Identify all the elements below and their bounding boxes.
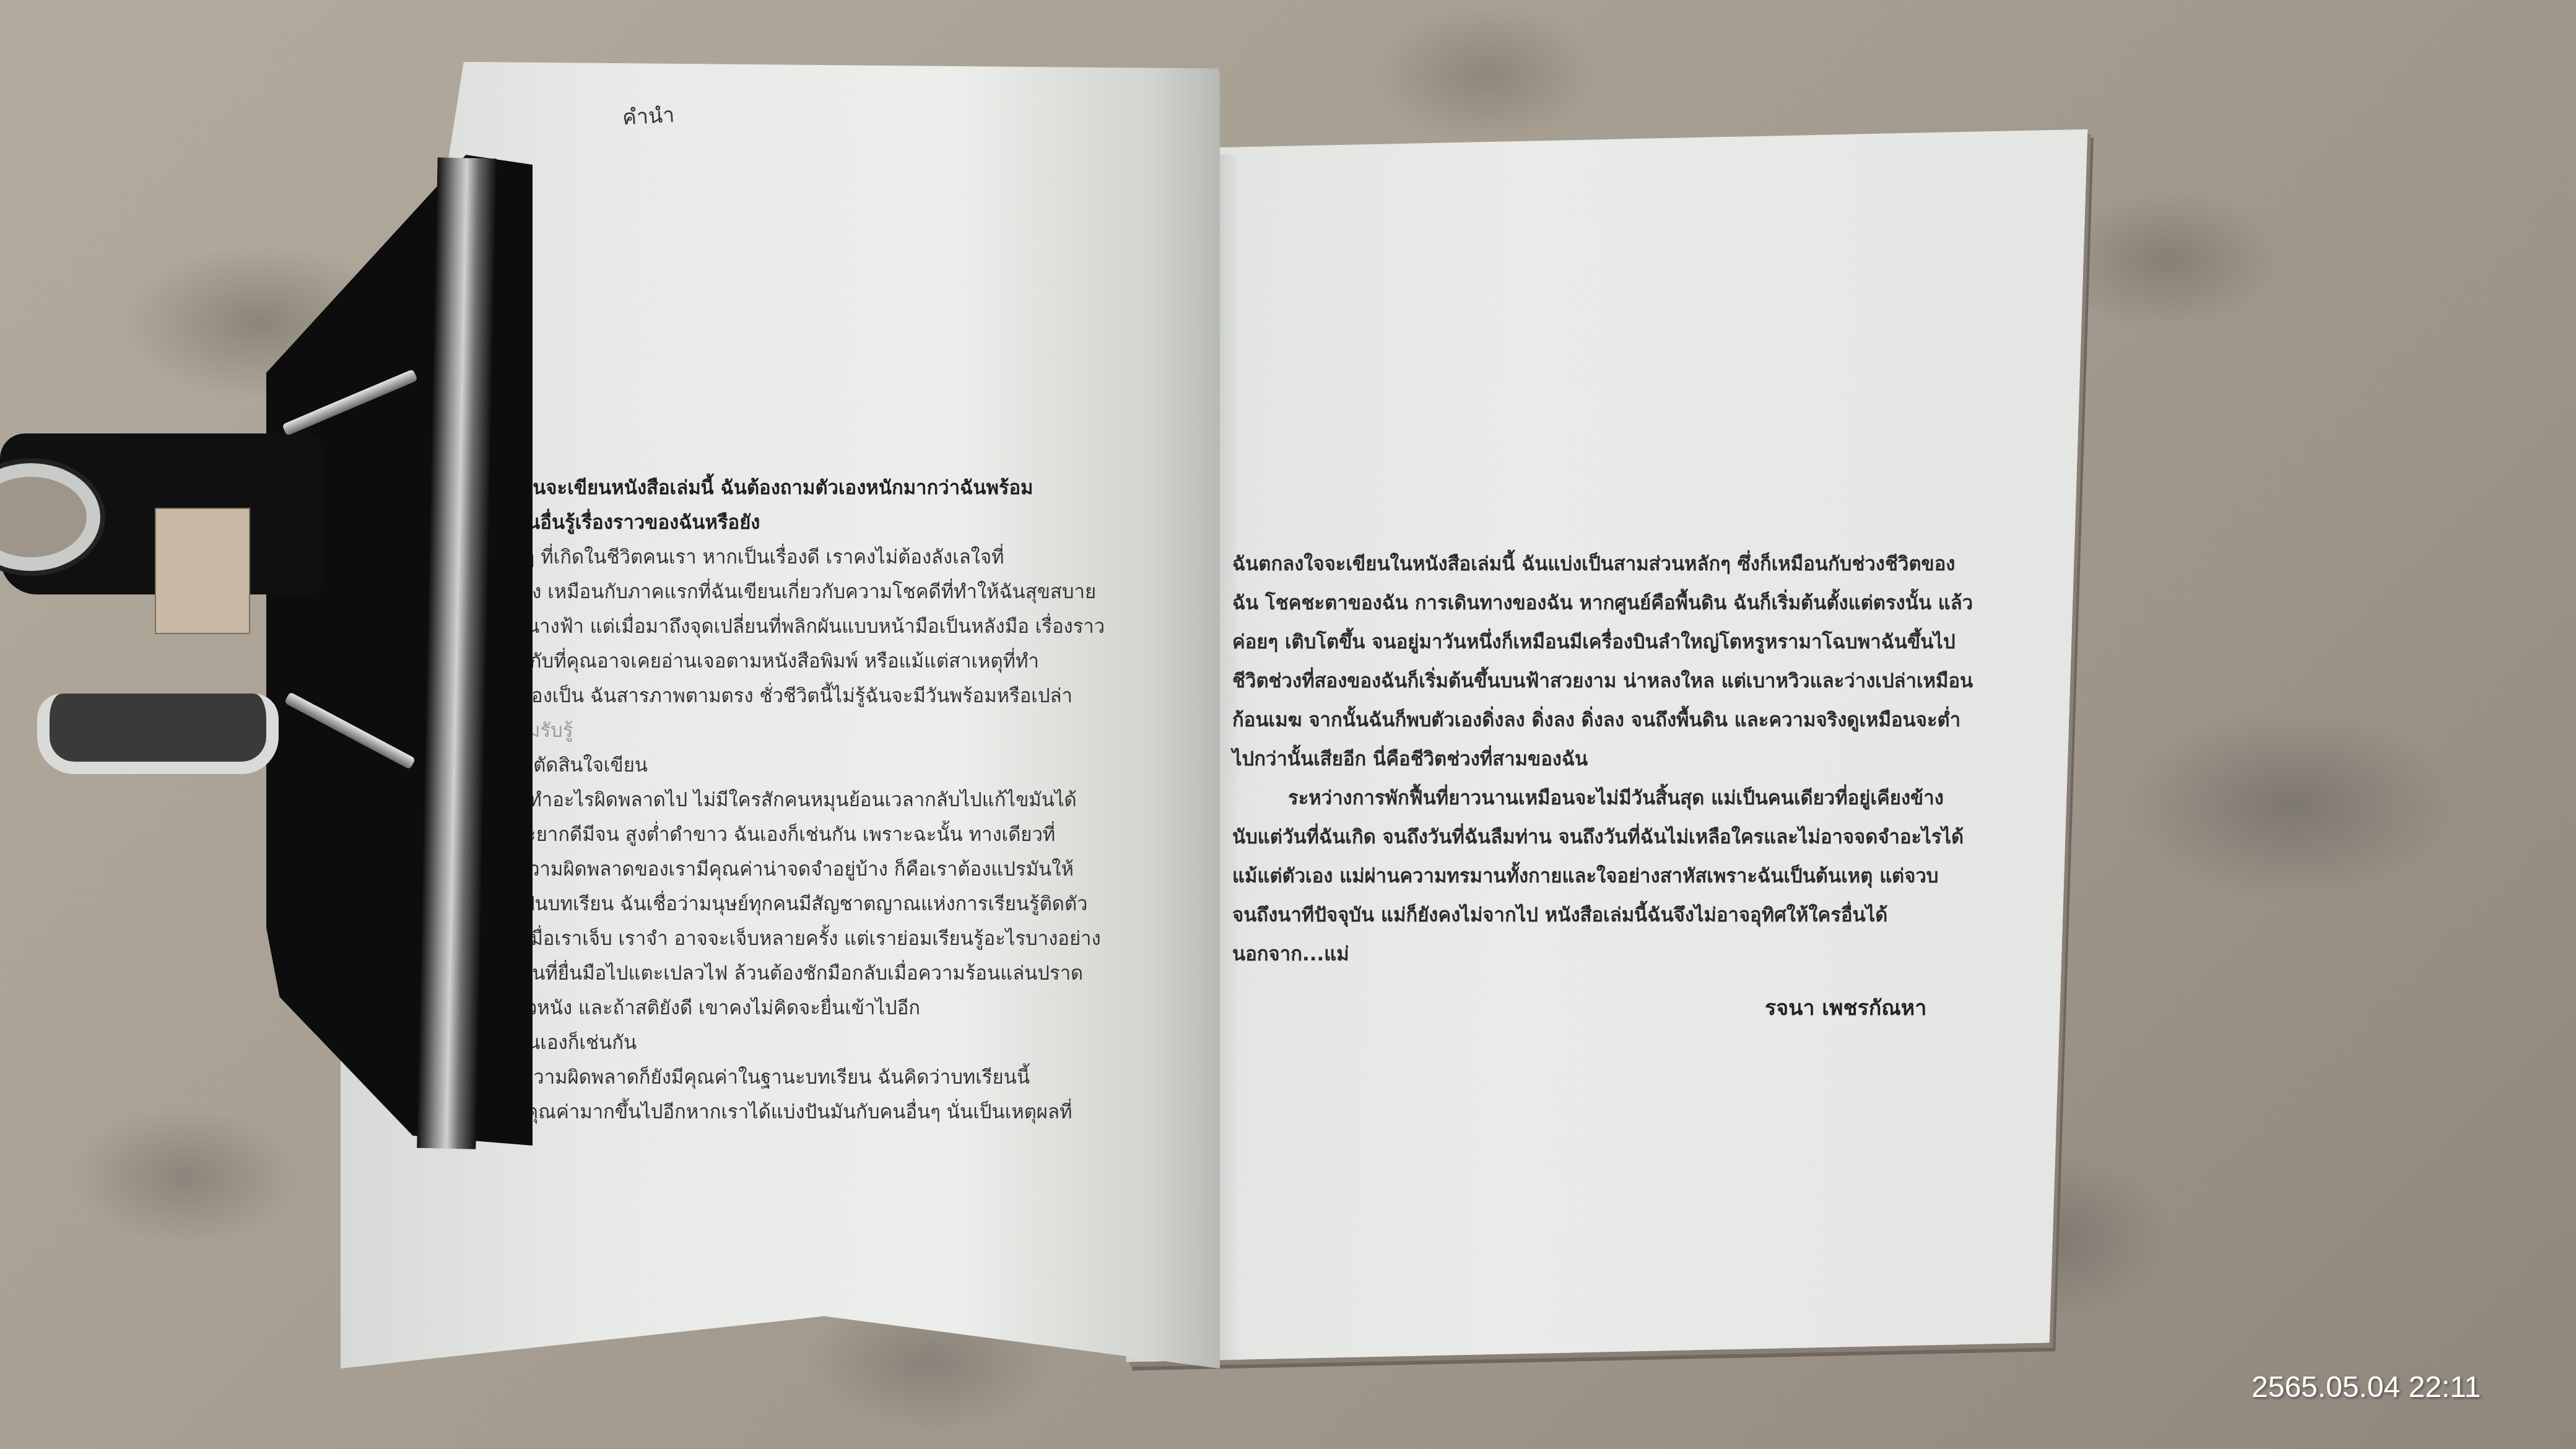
binder-clip-ring xyxy=(37,694,279,774)
page-heading: คำนำ xyxy=(622,98,676,134)
right-page-text: ฉันตกลงใจจะเขียนในหนังสือเล่มนี้ ฉันแบ่ง… xyxy=(1232,545,1975,974)
photo-timestamp: 2565.05.04 22:11 xyxy=(2252,1370,2481,1404)
left-page-text: ก่อนที่ฉันจะเขียนหนังสือเล่มนี้ ฉันต้องถ… xyxy=(471,471,1183,1129)
text-line: กับตัว เมื่อเราเจ็บ เราจำ อาจจะเจ็บหลายค… xyxy=(471,921,1183,956)
text-line: แม้แต่ความผิดพลาดก็ยังมีคุณค่าในฐานะบทเร… xyxy=(471,1060,1183,1095)
text-line: ก่อนที่ฉันจะเขียนหนังสือเล่มนี้ ฉันต้องถ… xyxy=(471,471,1183,505)
text-line: ทำให้ความผิดพลาดของเรามีคุณค่าน่าจดจำอยู… xyxy=(471,852,1183,887)
text-line: ไม่ว่าจะยากดีมีจน สูงต่ำดำขาว ฉันเองก็เช… xyxy=(471,817,1183,852)
text-line: ฉันเองก็เช่นกัน xyxy=(471,1025,1183,1060)
paragraph: ฉันตกลงใจจะเขียนในหนังสือเล่มนี้ ฉันแบ่ง… xyxy=(1232,545,1975,779)
text-line: ให้ฉันต้องเป็น ฉันสารภาพตามตรง ชั่วชีวิต… xyxy=(471,679,1183,713)
paragraph: ระหว่างการพักฟื้นที่ยาวนานเหมือนจะไม่มีว… xyxy=(1232,779,1975,974)
text-line: ที่คล้ายกับที่คุณอาจเคยอ่านเจอตามหนังสือ… xyxy=(471,644,1183,679)
text-line: จะยิ่งมีคุณค่ามากขึ้นไปอีกหากเราได้แบ่งป… xyxy=(471,1095,1183,1129)
text-line: กลายเป็นบทเรียน ฉันเชื่อว่ามนุษย์ทุกคนมี… xyxy=(471,887,1183,921)
text-line: เมื่อเราทำอะไรผิดพลาดไป ไม่มีใครสักคนหมุ… xyxy=(471,783,1183,817)
text-line: มาถึงผิวหนัง และถ้าสติยังดี เขาคงไม่คิดจ… xyxy=(471,991,1183,1025)
price-sticker xyxy=(155,508,250,634)
author-signature: รจนา เพชรกัณหา xyxy=(1765,991,1926,1024)
text-line: สิ่งต่างๆ ที่เกิดในชีวิตคนเรา หากเป็นเรื… xyxy=(471,540,1183,575)
text-line: ที่จะยอมรับรู้ xyxy=(471,713,1183,748)
text-line: เสมอ คนที่ยื่นมือไปแตะเปลวไฟ ล้วนต้องชัก… xyxy=(471,956,1183,991)
text-line: ราวกับนางฟ้า แต่เมื่อมาถึงจุดเปลี่ยนที่พ… xyxy=(471,609,1183,644)
text-line: ส่วนหนึ่ง เหมือนกับภาคแรกที่ฉันเขียนเกี่… xyxy=(471,575,1183,609)
text-line: แต่ฉันก็ตัดสินใจเขียน xyxy=(471,748,1183,783)
text-line: จะให้คนอื่นรู้เรื่องราวของฉันหรือยัง xyxy=(471,505,1183,540)
